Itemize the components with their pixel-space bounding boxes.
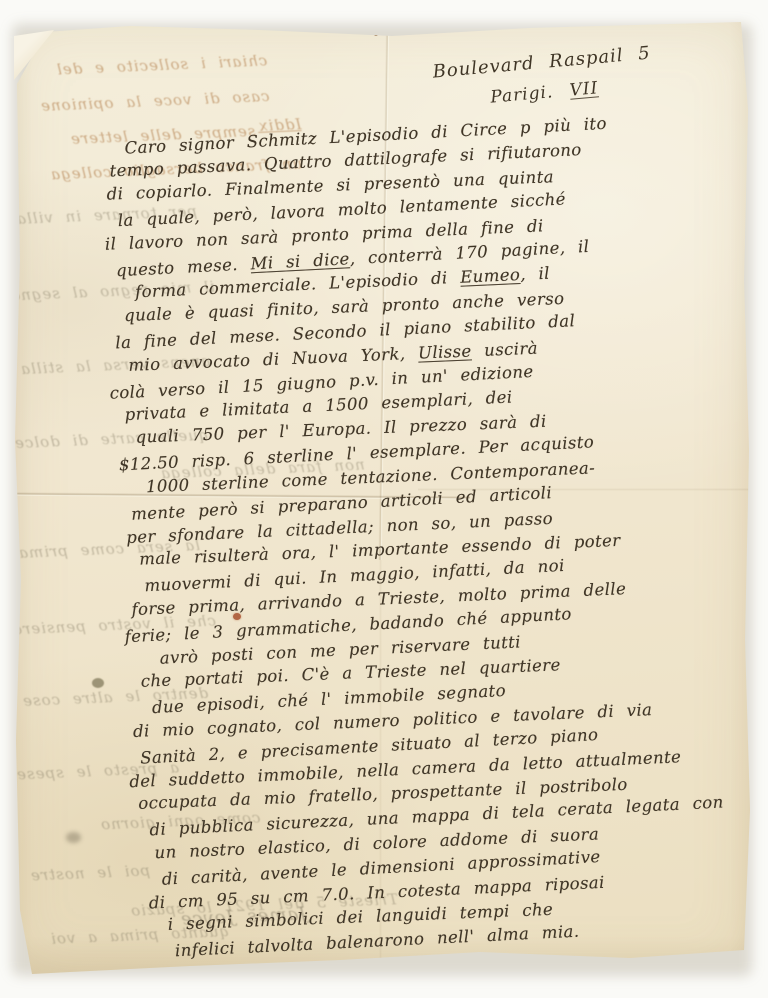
bleed-through-text: chiari i sollecito e del [56,51,268,78]
letter-header: Boulevard Raspail 5 Parigi. VII [406,40,679,114]
scanned-letter-photo: { "document": { "type": "handwritten-let… [0,0,768,998]
letter-body: Caro signor Schmitz L'episodio di Circe … [98,107,768,965]
olive-spot-stain [92,678,104,688]
letter-page: chiari i sollecito e delcaso di voce la … [10,20,752,974]
dark-smudge-stain [66,832,81,843]
bleed-through-text: caso di voce la opinione [40,87,270,115]
